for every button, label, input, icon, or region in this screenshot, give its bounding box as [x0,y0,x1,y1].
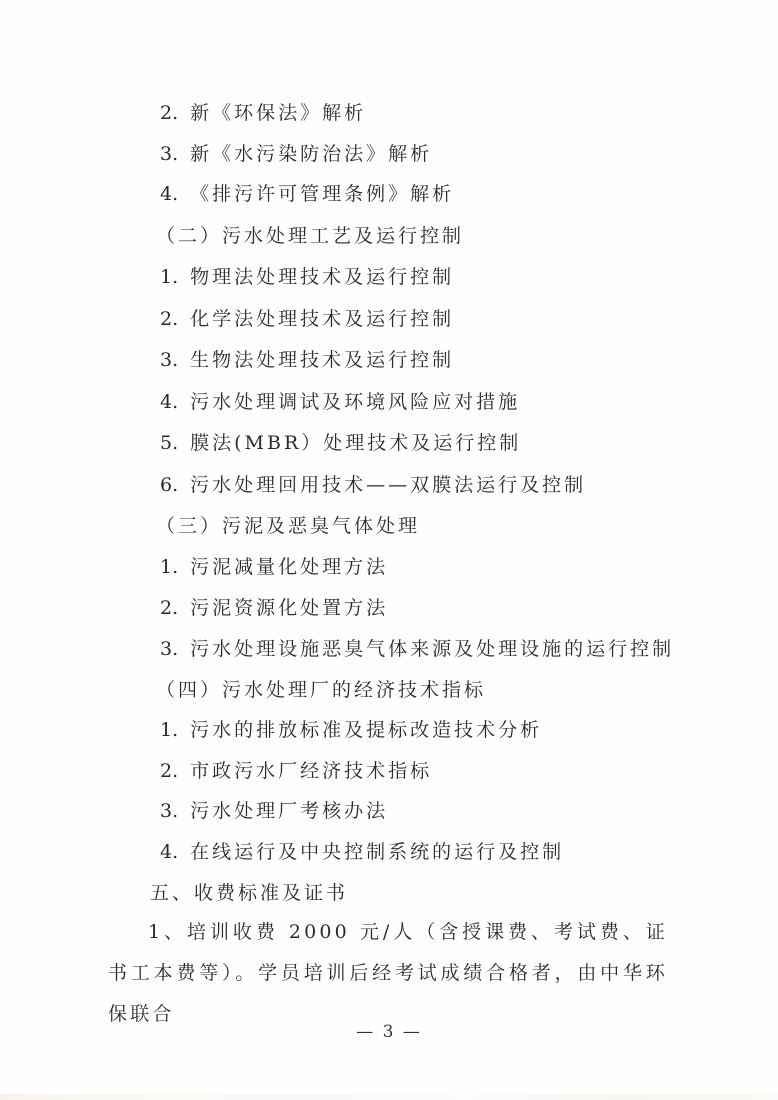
list-text: 新《水污染防治法》解析 [190,143,432,165]
list-number: 3. [160,799,178,823]
list-number: 1. [160,555,178,579]
chapter-heading-text: 五、收费标准及证书 [150,882,348,904]
list-number: 3. [160,348,178,372]
section-heading: （二）污水处理工艺及运行控制 [156,224,464,248]
list-number: 3. [160,637,178,661]
list-number: 1. [160,265,178,289]
list-item: 4.在线运行及中央控制系统的运行及控制 [160,840,564,864]
list-item: 3.生物法处理技术及运行控制 [160,348,454,372]
list-number: 4. [160,840,178,864]
section-heading: （四）污水处理厂的经济技术指标 [156,678,486,702]
list-item: 1.污泥减量化处理方法 [160,555,388,579]
list-text: 市政污水厂经济技术指标 [190,760,432,782]
list-item: 2.市政污水厂经济技术指标 [160,759,432,783]
list-item: 1.物理法处理技术及运行控制 [160,265,454,289]
section-heading-text: （二）污水处理工艺及运行控制 [156,225,464,247]
section-heading-text: （三）污泥及恶臭气体处理 [156,515,420,537]
list-item: 5.膜法(MBR）处理技术及运行控制 [160,431,521,455]
list-text: 生物法处理技术及运行控制 [190,349,454,371]
fee-paragraph: 1、培训收费 2000 元/人（含授课费、考试费、证书工本费等）。学员培训后经考… [108,912,668,1035]
list-text: 化学法处理技术及运行控制 [190,308,454,330]
list-text: 污水处理厂考核办法 [190,800,388,822]
list-item: 3.新《水污染防治法》解析 [160,142,432,166]
scan-edge [0,1094,778,1100]
list-text: 物理法处理技术及运行控制 [190,266,454,288]
section-heading-text: （四）污水处理厂的经济技术指标 [156,679,486,701]
list-item: 3.污水处理设施恶臭气体来源及处理设施的运行控制 [160,637,674,661]
list-text: 污水处理调试及环境风险应对措施 [190,391,520,413]
list-text: 《排污许可管理条例》解析 [190,183,454,205]
list-item: 2.新《环保法》解析 [160,101,366,125]
list-text: 污水处理回用技术——双膜法运行及控制 [190,474,586,496]
list-text: 污水的排放标准及提标改造技术分析 [190,719,542,741]
list-item: 2.污泥资源化处置方法 [160,596,388,620]
page-number: — 3 — [0,1022,778,1042]
list-number: 3. [160,142,178,166]
list-item: 4.《排污许可管理条例》解析 [160,182,454,206]
list-text: 污水处理设施恶臭气体来源及处理设施的运行控制 [190,638,674,660]
list-text: 在线运行及中央控制系统的运行及控制 [190,841,564,863]
list-item: 2.化学法处理技术及运行控制 [160,307,454,331]
list-text: 污泥资源化处置方法 [190,597,388,619]
list-text: 膜法(MBR）处理技术及运行控制 [190,432,521,454]
section-heading: （三）污泥及恶臭气体处理 [156,514,420,538]
list-item: 4.污水处理调试及环境风险应对措施 [160,390,520,414]
list-number: 6. [160,473,178,497]
list-number: 4. [160,182,178,206]
list-number: 2. [160,596,178,620]
list-number: 1. [160,718,178,742]
list-number: 2. [160,307,178,331]
list-number: 4. [160,390,178,414]
list-item: 6.污水处理回用技术——双膜法运行及控制 [160,473,586,497]
chapter-heading: 五、收费标准及证书 [150,881,348,905]
list-item: 1.污水的排放标准及提标改造技术分析 [160,718,542,742]
list-text: 新《环保法》解析 [190,102,366,124]
list-number: 2. [160,759,178,783]
list-number: 2. [160,101,178,125]
list-item: 3.污水处理厂考核办法 [160,799,388,823]
list-text: 污泥减量化处理方法 [190,556,388,578]
document-page: 2.新《环保法》解析 3.新《水污染防治法》解析 4.《排污许可管理条例》解析 … [0,0,778,1100]
list-number: 5. [160,431,178,455]
